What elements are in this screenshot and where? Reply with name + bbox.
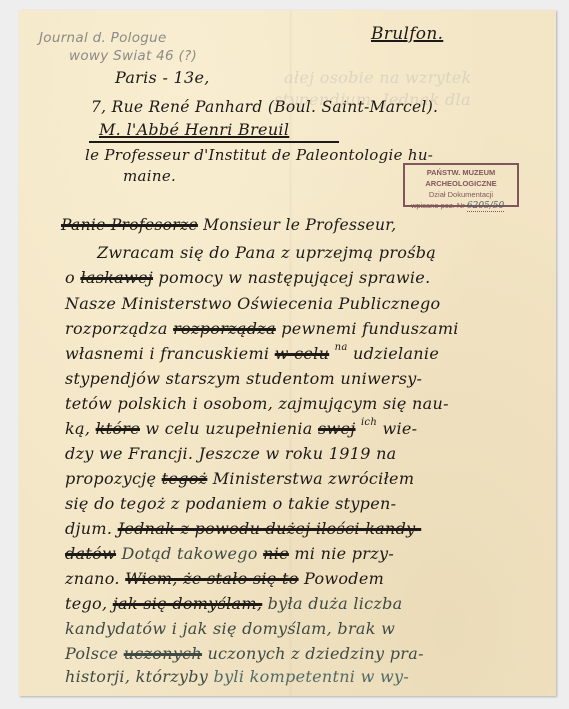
text: udzielanie — [353, 344, 439, 363]
text: rozporządza — [65, 319, 168, 338]
text: pewnemi funduszami — [281, 319, 459, 338]
body-line-3: Nasze Ministerstwo Oświecenia Publiczneg… — [65, 294, 440, 313]
text: ką, — [65, 419, 90, 438]
text: historji, którzyby — [65, 667, 208, 686]
body-line-18: historji, którzyby byli kompetentni w wy… — [65, 667, 409, 686]
body-line-9: dzy we Francji. Jeszcze w roku 1919 na — [65, 444, 397, 463]
body-line-14: znano. Wiem, że stało się to Powodem — [65, 569, 384, 588]
text: Ministerstwa zwróciłem — [213, 469, 415, 488]
text: uczonych z dziedziny pra- — [207, 644, 423, 663]
text: wie- — [382, 419, 417, 438]
struck-text: łaskawej — [80, 268, 153, 287]
struck-text: rozporządza — [173, 319, 276, 338]
stamp-entry-number: 6205/50 — [467, 201, 504, 212]
struck-text: które — [96, 419, 140, 438]
text: djum. — [65, 519, 112, 538]
struck-text: uczonych — [124, 644, 202, 663]
body-line-12: djum. Jednak z powodu dużej ilości kandy… — [65, 519, 421, 538]
stamp-department: Dział Dokumentacji — [405, 189, 517, 200]
text: Polsce — [65, 644, 118, 663]
text: mi nie przy- — [294, 544, 394, 563]
body-line-16: kandydatów i jak się domyślam, brak w — [65, 619, 395, 638]
inserted-text: ich — [361, 417, 377, 428]
greeting-text: Monsieur le Professeur, — [203, 216, 396, 234]
text: w celu uzupełnienia — [145, 419, 312, 438]
text: była duża liczba — [268, 594, 403, 613]
struck-text: jak się domyślam, — [113, 594, 262, 613]
archive-stamp: PAŃSTW. MUZEUM ARCHEOLOGICZNE Dział Doku… — [403, 163, 519, 207]
text: o — [65, 268, 75, 287]
text: Powodem — [304, 569, 384, 588]
body-line-8: ką, które w celu uzupełnienia swej ich w… — [65, 419, 417, 438]
greeting: Panie Profesorze Monsieur le Professeur, — [61, 216, 397, 234]
body-line-4: rozporządza rozporządza pewnemi fundusza… — [65, 319, 459, 338]
text: tego, — [65, 594, 107, 613]
struck-text: tegoż — [162, 469, 208, 488]
place-date: Paris - 13e, — [115, 68, 210, 87]
text: Dotąd takowego — [121, 544, 257, 563]
struck-text: nie — [263, 544, 289, 563]
inserted-text: na — [335, 342, 348, 353]
recipient-title-line-2: maine. — [123, 167, 176, 185]
body-line-7: tetów polskich i osobom, zajmującym się … — [65, 394, 449, 413]
struck-text: datów — [65, 544, 116, 563]
address-line: 7, Rue René Panhard (Boul. Saint-Marcel)… — [91, 98, 438, 116]
text: pomocy w następującej sprawie. — [158, 268, 430, 287]
body-line-2: o łaskawej pomocy w następującej sprawie… — [65, 268, 430, 287]
bleed-through-text: ałej osobie na wzrytek — [284, 68, 472, 87]
body-line-10: propozycję tegoż Ministerstwa zwróciłem — [65, 469, 414, 488]
recipient-name: M. l'Abbé Henri Breuil — [99, 120, 289, 139]
stamp-entry-label: wpisano poz. Nr — [411, 201, 465, 210]
text: własnemi i francuskiemi — [65, 344, 269, 363]
body-line-13: datów Dotąd takowego nie mi nie przy- — [65, 544, 394, 563]
body-line-1: Zwracam się do Pana z uprzejmą prośbą — [97, 243, 436, 262]
struck-text: w celu — [275, 344, 329, 363]
text: propozycję — [65, 469, 156, 488]
body-line-15: tego, jak się domyślam, była duża liczba — [65, 594, 403, 613]
text: znano. — [65, 569, 120, 588]
body-line-11: się do tegoż z podaniem o takie stypen- — [65, 494, 396, 513]
body-line-17: Polsce uczonych uczonych z dziedziny pra… — [65, 644, 424, 663]
stamp-institution: PAŃSTW. MUZEUM ARCHEOLOGICZNE — [405, 167, 517, 189]
pencil-annotation-line-1: Journal d. Pologue — [39, 30, 167, 46]
letter-page: ałej osobie na wzrytek stypendjum. Jedna… — [19, 10, 556, 696]
stamp-entry: wpisano poz. Nr 6205/50 — [405, 200, 517, 212]
struck-text: Jednak z powodu dużej ilości kandy- — [118, 519, 422, 538]
struck-text: Wiem, że stało się to — [125, 569, 298, 588]
signature-heading: Brulfon. — [371, 24, 443, 44]
struck-text: Panie Profesorze — [61, 216, 198, 234]
pencil-annotation-line-2: wowy Swiat 46 (?) — [69, 48, 197, 64]
text: byli kompetentni w wy- — [214, 667, 409, 686]
body-line-6: stypendjów starszym studentom uniwersy- — [65, 369, 422, 388]
recipient-title-line-1: le Professeur d'Institut de Paleontologi… — [85, 146, 433, 164]
divider-rule — [89, 141, 339, 143]
struck-text: swej — [318, 419, 356, 438]
body-line-5: własnemi i francuskiemi w celu na udziel… — [65, 344, 439, 363]
